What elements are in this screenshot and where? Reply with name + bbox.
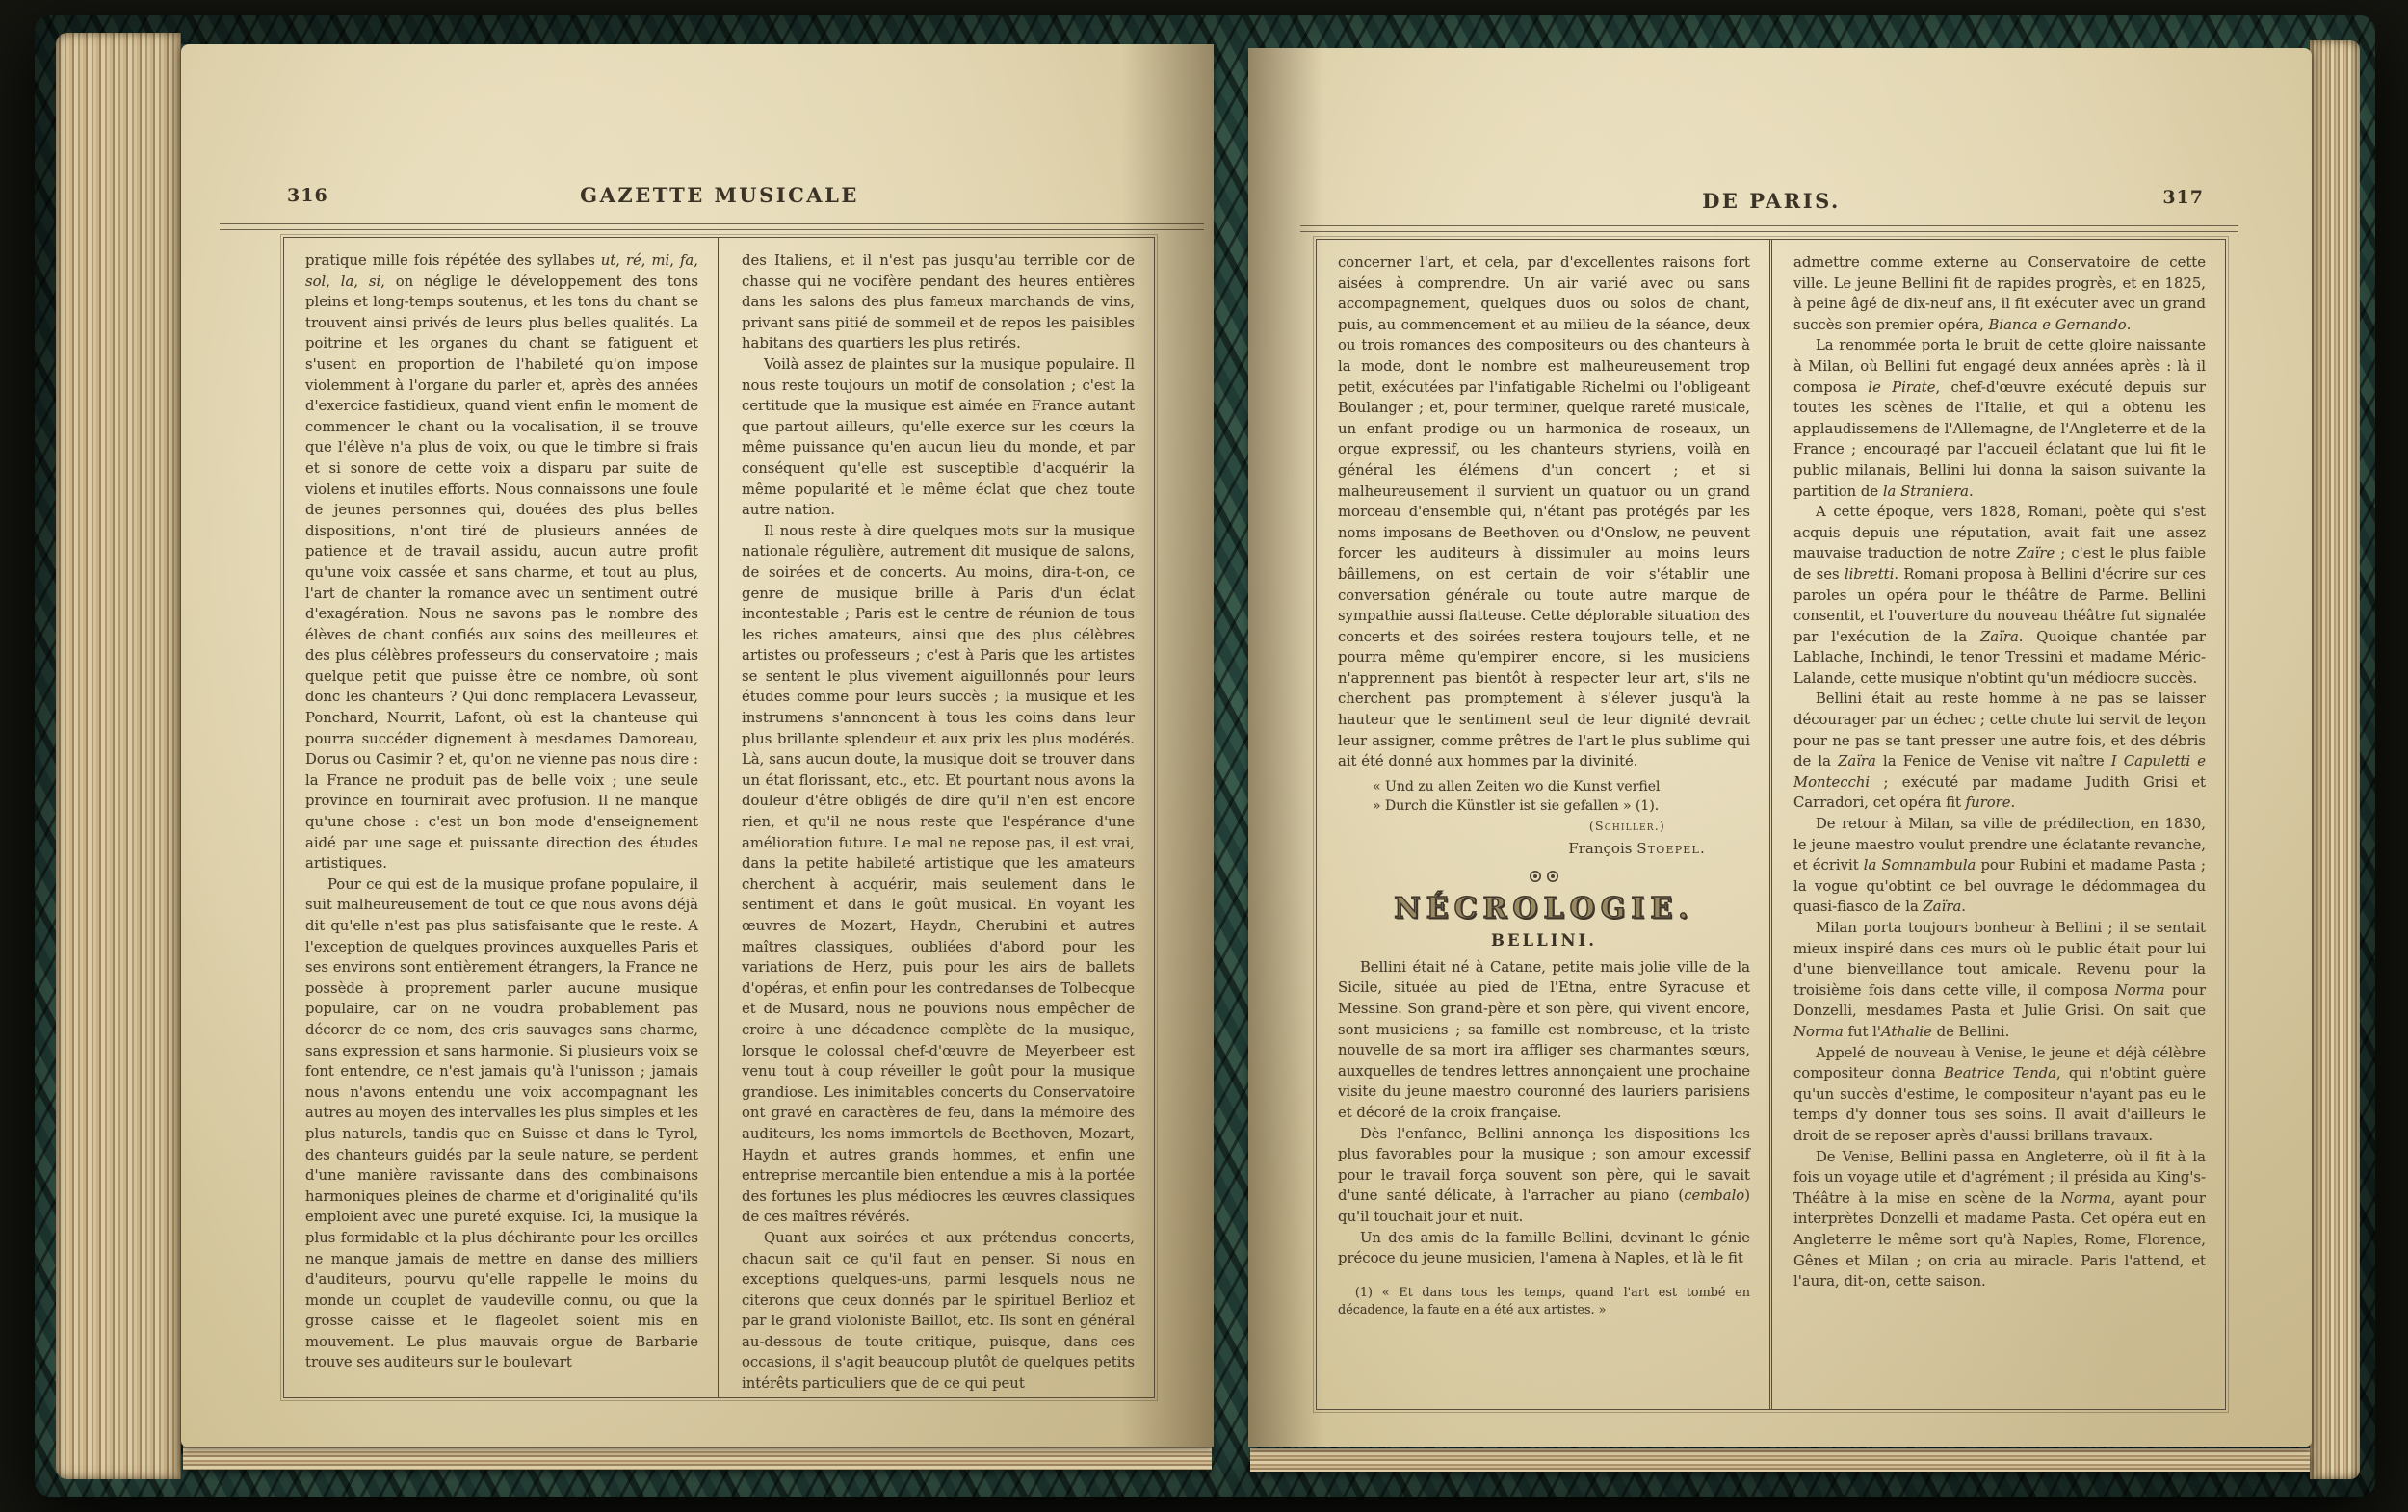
column-2-page317: admettre comme externe au Conservatoire … — [1769, 240, 2225, 1409]
paragraph: Bellini était au reste homme à ne pas se… — [1793, 689, 2206, 814]
page-stack-right-edge — [2310, 40, 2360, 1479]
paragraph: Voilà assez de plaintes sur la musique p… — [742, 354, 1135, 521]
left-page: 316 GAZETTE MUSICALE pratique mille fois… — [181, 44, 1214, 1447]
paragraph: Dès l'enfance, Bellini annonça les dispo… — [1338, 1124, 1750, 1228]
quote-line: « Und zu allen Zeiten wo die Kunst verfi… — [1373, 777, 1750, 796]
schiller-quote: « Und zu allen Zeiten wo die Kunst verfi… — [1373, 777, 1750, 816]
gutter-shadow — [1248, 48, 1323, 1447]
running-title-right: DE PARIS. — [1316, 189, 2227, 213]
running-title-left: GAZETTE MUSICALE — [283, 183, 1156, 207]
paragraph: admettre comme externe au Conservatoire … — [1793, 252, 2206, 335]
paragraph: concerner l'art, et cela, par d'excellen… — [1338, 252, 1750, 772]
head-rule-right — [1300, 225, 2238, 232]
paragraph: des Italiens, et il n'est pas jusqu'au t… — [742, 250, 1135, 354]
paragraph: Quant aux soirées et aux prétendus conce… — [742, 1228, 1135, 1395]
column-2-page316: des Italiens, et il n'est pas jusqu'au t… — [718, 238, 1154, 1397]
paragraph: Pour ce qui est de la musique profane po… — [305, 874, 698, 1373]
column-1-page316: pratique mille fois répétée des syllabes… — [284, 238, 718, 1397]
head-rule-left — [220, 223, 1204, 230]
footnote-text: (1) « Et dans tous les temps, quand l'ar… — [1338, 1285, 1750, 1320]
necrologie-heading: NÉCROLOGIE. — [1338, 892, 1750, 925]
page-stack-left-edge — [56, 33, 181, 1479]
paragraph: De retour à Milan, sa ville de prédilect… — [1793, 814, 2206, 918]
paragraph: La renommée porta le bruit de cette gloi… — [1793, 335, 2206, 502]
text-frame-right: concerner l'art, et cela, par d'excellen… — [1316, 239, 2226, 1410]
page-stack-bottom-right — [1250, 1448, 2310, 1472]
paragraph: pratique mille fois répétée des syllabes… — [305, 250, 698, 874]
schiller-attribution: (Schiller.) — [1338, 819, 1750, 833]
page-number-right: 317 — [2162, 187, 2204, 208]
page-stack-bottom-left — [183, 1445, 1212, 1470]
paragraph: Il nous reste à dire quelques mots sur l… — [742, 521, 1135, 1228]
paragraph: De Venise, Bellini passa en Angleterre, … — [1793, 1147, 2206, 1292]
footnote: (1) « Et dans tous les temps, quand l'ar… — [1338, 1285, 1750, 1320]
stoepel-signature: François Stoepel. — [1338, 840, 1750, 857]
paragraph: Milan porta toujours bonheur à Bellini ;… — [1793, 918, 2206, 1043]
paragraph: A cette époque, vers 1828, Romani, poète… — [1793, 502, 2206, 689]
quote-line: » Durch die Künstler ist sie gefallen » … — [1373, 796, 1750, 816]
paragraph: Appelé de nouveau à Venise, le jeune et … — [1793, 1043, 2206, 1147]
paragraph: Un des amis de la famille Bellini, devin… — [1338, 1228, 1750, 1269]
signature-last-name: Stoepel. — [1636, 840, 1706, 857]
paragraph: Bellini était né à Catane, petite mais j… — [1338, 957, 1750, 1124]
signature-first-name: François — [1568, 840, 1636, 857]
right-page: DE PARIS. 317 concerner l'art, et cela, … — [1248, 48, 2312, 1447]
column-1-page317: concerner l'art, et cela, par d'excellen… — [1317, 240, 1769, 1409]
bellini-subheading: BELLINI. — [1338, 931, 1750, 950]
text-frame-left: pratique mille fois répétée des syllabes… — [283, 237, 1155, 1398]
printer-ornament-icon — [1523, 869, 1565, 884]
